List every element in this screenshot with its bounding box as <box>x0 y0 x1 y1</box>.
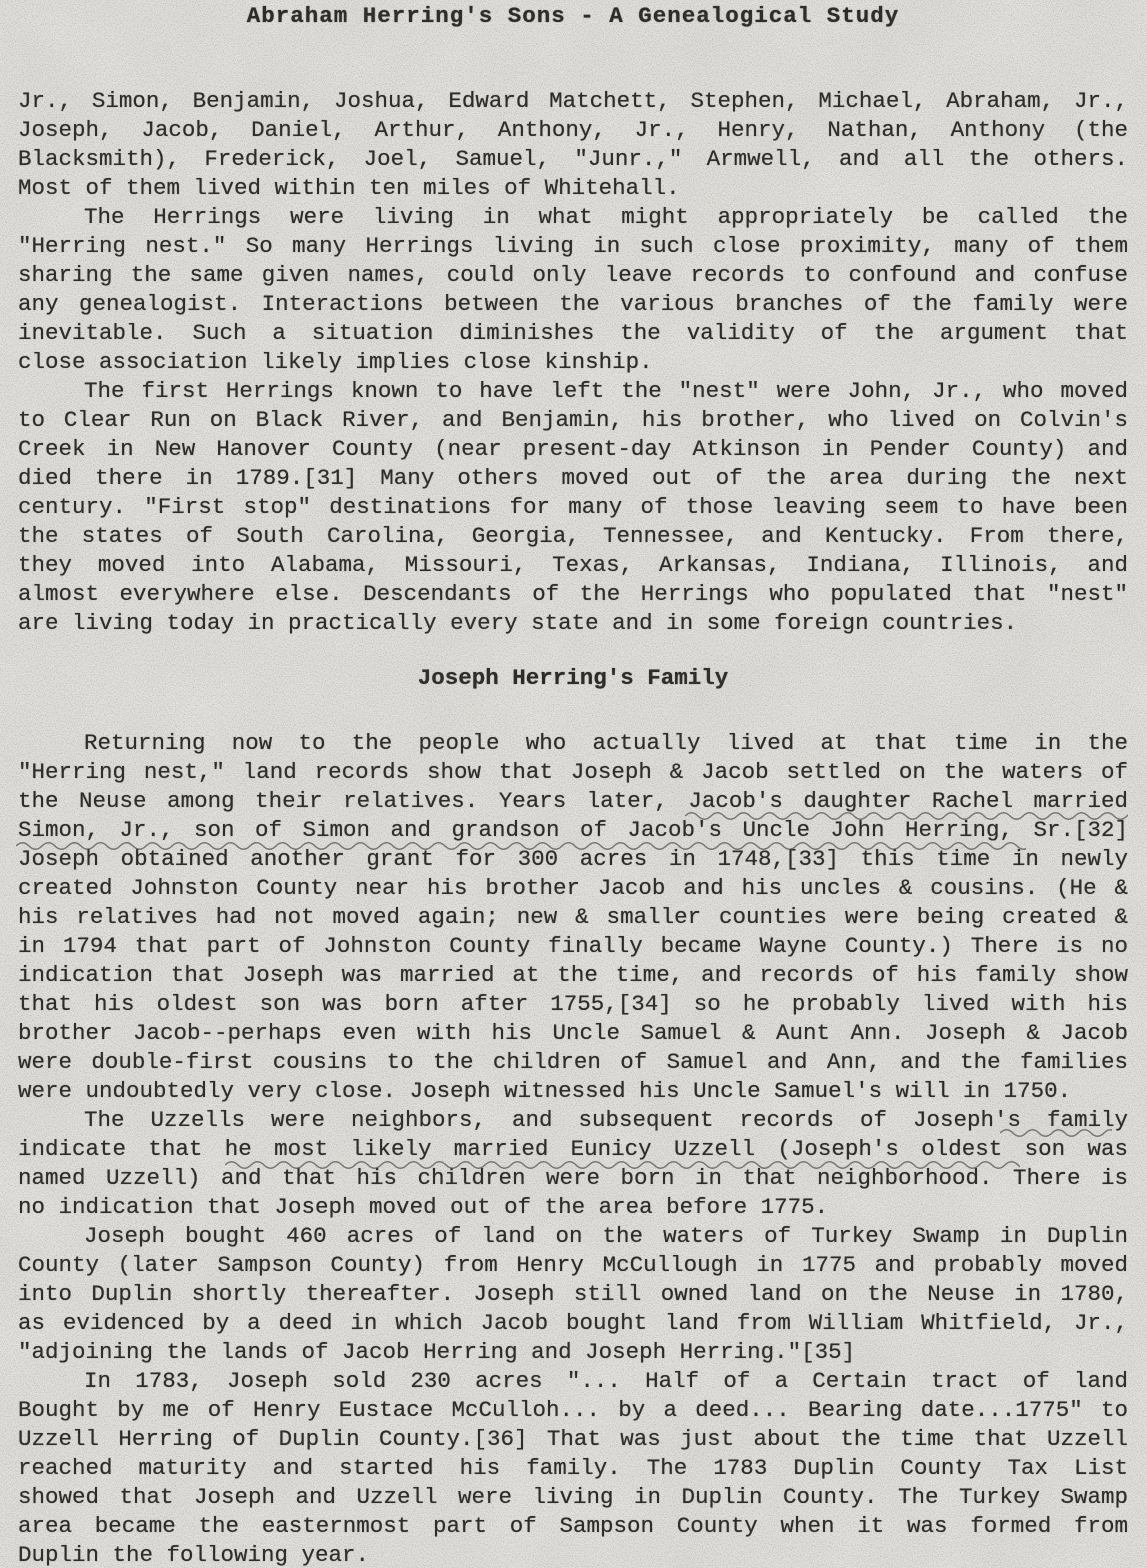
text-line: into Duplin shortly thereafter. Joseph s… <box>18 1280 1128 1309</box>
section-heading: Joseph Herring's Family <box>18 664 1128 693</box>
text-line: were double-first cousins to the childre… <box>18 1048 1128 1077</box>
paragraph: Jr., Simon, Benjamin, Joshua, Edward Mat… <box>18 87 1128 203</box>
text-line: close association likely implies close k… <box>18 348 1128 377</box>
text-line: Joseph bought 460 acres of land on the w… <box>18 1222 1128 1251</box>
text-line: Uzzell Herring of Duplin County.[36] Tha… <box>18 1425 1128 1454</box>
text-line: as evidenced by a deed in which Jacob bo… <box>18 1309 1128 1338</box>
paragraph: Joseph bought 460 acres of land on the w… <box>18 1222 1128 1367</box>
text-line: brother Jacob--perhaps even with his Unc… <box>18 1019 1128 1048</box>
text-line: created Johnston County near his brother… <box>18 874 1128 903</box>
text-line: they moved into Alabama, Missouri, Texas… <box>18 551 1128 580</box>
text-line: almost everywhere else. Descendants of t… <box>18 580 1128 609</box>
document-content: Abraham Herring's Sons - A Genealogical … <box>18 2 1128 1568</box>
text-line: reached maturity and started his family.… <box>18 1454 1128 1483</box>
text-line: his relatives had not moved again; new &… <box>18 903 1128 932</box>
text-line: The Uzzells were neighbors, and subseque… <box>18 1106 1128 1135</box>
text-line: Jr., Simon, Benjamin, Joshua, Edward Mat… <box>18 87 1128 116</box>
text-line: Returning now to the people who actually… <box>18 729 1128 758</box>
text-line: In 1783, Joseph sold 230 acres "... Half… <box>18 1367 1128 1396</box>
text-line: were undoubtedly very close. Joseph witn… <box>18 1077 1128 1106</box>
text-line: Duplin the following year. <box>18 1541 1128 1568</box>
text-line: Creek in New Hanover County (near presen… <box>18 435 1128 464</box>
text-line: the Neuse among their relatives. Years l… <box>18 787 1128 816</box>
body-section-top: Jr., Simon, Benjamin, Joshua, Edward Mat… <box>18 87 1128 638</box>
paragraph: In 1783, Joseph sold 230 acres "... Half… <box>18 1367 1128 1568</box>
text-line: Blacksmith), Frederick, Joel, Samuel, "J… <box>18 145 1128 174</box>
text-line: any genealogist. Interactions between th… <box>18 290 1128 319</box>
text-line: the states of South Carolina, Georgia, T… <box>18 522 1128 551</box>
text-line: century. "First stop" destinations for m… <box>18 493 1128 522</box>
text-line: The first Herrings known to have left th… <box>18 377 1128 406</box>
text-line: showed that Joseph and Uzzell were livin… <box>18 1483 1128 1512</box>
text-line: died there in 1789.[31] Many others move… <box>18 464 1128 493</box>
text-line: in 1794 that part of Johnston County fin… <box>18 932 1128 961</box>
text-line: indicate that he most likely married Eun… <box>18 1135 1128 1164</box>
text-line: named Uzzell) and that his children were… <box>18 1164 1128 1193</box>
text-line: are living today in practically every st… <box>18 609 1128 638</box>
text-line: sharing the same given names, could only… <box>18 261 1128 290</box>
text-line: Most of them lived within ten miles of W… <box>18 174 1128 203</box>
document-title: Abraham Herring's Sons - A Genealogical … <box>18 2 1128 31</box>
text-line: "Herring nest." So many Herrings living … <box>18 232 1128 261</box>
text-line: that his oldest son was born after 1755,… <box>18 990 1128 1019</box>
body-section-joseph-herring: Returning now to the people who actually… <box>18 729 1128 1568</box>
text-line: "adjoining the lands of Jacob Herring an… <box>18 1338 1128 1367</box>
text-line: Bought by me of Henry Eustace McCulloh..… <box>18 1396 1128 1425</box>
scanned-document-page: Abraham Herring's Sons - A Genealogical … <box>0 0 1147 1568</box>
text-line: The Herrings were living in what might a… <box>18 203 1128 232</box>
text-line: Joseph, Jacob, Daniel, Arthur, Anthony, … <box>18 116 1128 145</box>
paragraph: The first Herrings known to have left th… <box>18 377 1128 638</box>
text-line: area became the easternmost part of Samp… <box>18 1512 1128 1541</box>
text-line: to Clear Run on Black River, and Benjami… <box>18 406 1128 435</box>
text-line: no indication that Joseph moved out of t… <box>18 1193 1128 1222</box>
paragraph: Returning now to the people who actually… <box>18 729 1128 1106</box>
paragraph: The Uzzells were neighbors, and subseque… <box>18 1106 1128 1222</box>
text-line: inevitable. Such a situation diminishes … <box>18 319 1128 348</box>
text-line: Joseph obtained another grant for 300 ac… <box>18 845 1128 874</box>
text-line: indication that Joseph was married at th… <box>18 961 1128 990</box>
text-line: "Herring nest," land records show that J… <box>18 758 1128 787</box>
paragraph: The Herrings were living in what might a… <box>18 203 1128 377</box>
text-line: Simon, Jr., son of Simon and grandson of… <box>18 816 1128 845</box>
text-line: County (later Sampson County) from Henry… <box>18 1251 1128 1280</box>
